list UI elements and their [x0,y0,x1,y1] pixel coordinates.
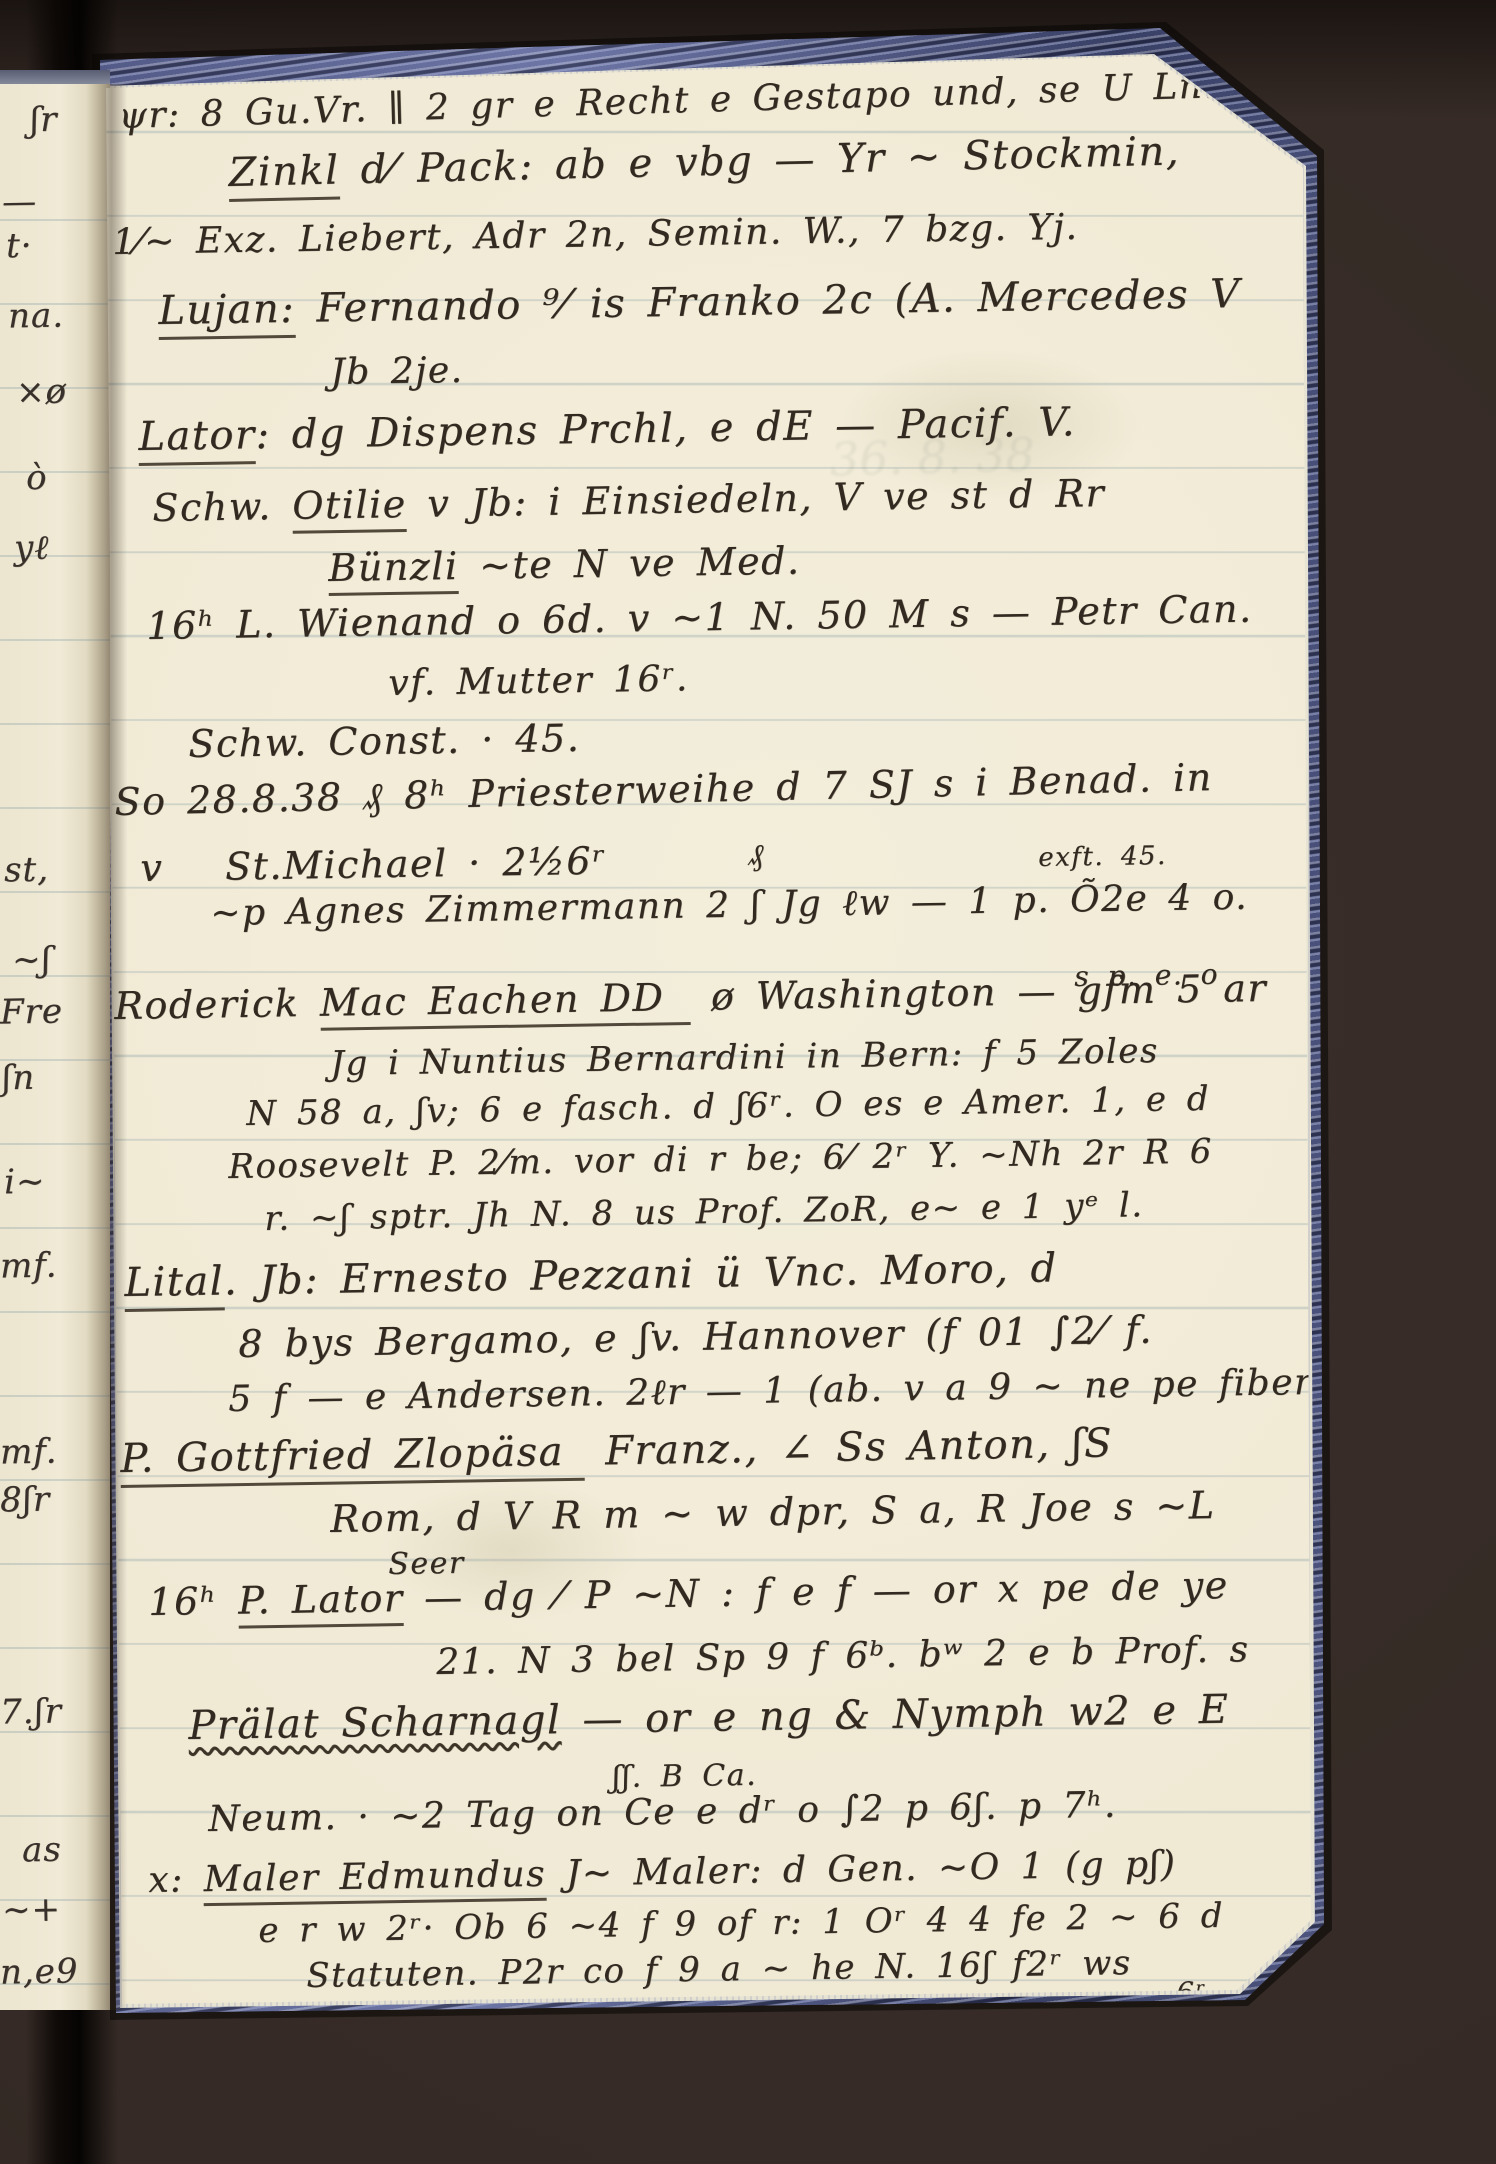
underlined-name: Lital [124,1258,224,1312]
line-text: Franz., ∠ Ss Anton, ʃS [584,1420,1114,1474]
underlined-name: Otilie [292,482,407,534]
line-pre: x: [148,1859,204,1901]
page-fragment: 7.ʃr [0,1691,62,1732]
underlined-name: Mac Eachen DD [319,975,690,1031]
underlined-name: Prälat Scharnagl [188,1697,562,1749]
page-fragment: ∼ʃ [12,940,52,981]
underlined-name: P. Gottfried Zlopäsa [120,1429,584,1488]
page-fragment: as [22,1830,62,1871]
page-fragment: yℓ [14,528,50,569]
underlined-name: Bünzli [328,544,459,596]
line-text: ø Washington — gfm 5 ar [690,966,1267,1019]
page-fragment: ʃn [2,1058,36,1099]
handwriting-line: Bünzli ~te N ve Med. [328,539,801,590]
underlined-name: Lator [138,412,256,466]
line-text: ʃʃ. B Ca. [612,1758,757,1795]
line-text: Jb 2je. [330,350,464,393]
page-fragment: ×ø [16,372,68,413]
notebook-photo: ʃr — t· na. ×ø ò yℓ st, ∼ʃ Fre ʃn i∼ mf.… [0,0,1496,2164]
handwriting-line: v St.Michael · 2½6ʳ [140,839,607,890]
page-fragment: — [2,182,38,223]
page-fragment: mf. [0,1246,58,1287]
handwriting-line: Jb 2je. [330,350,464,393]
line-pre: Roderick [114,981,320,1028]
page-fragment: t· [6,226,33,266]
page-fragment: ʃr [30,100,58,140]
handwriting-line: Schw. Const. · 45. [188,716,581,766]
facing-page-sliver: ʃr — t· na. ×ø ò yℓ st, ∼ʃ Fre ʃn i∼ mf.… [0,84,110,2010]
handwriting-line: exft. 45. [1038,841,1167,873]
line-pre: 16ʰ [148,1579,239,1624]
page-fragment: na. [8,296,65,337]
page-fragment: ò [26,458,48,498]
line-text: ~te N ve Med. [458,539,801,588]
page-fragment: Fre [0,991,63,1032]
line-text: Schw. Const. · 45. [188,716,581,766]
line-text: v St.Michael · 2½6ʳ [140,839,607,890]
page-fragment: i∼ [4,1162,46,1203]
line-text: vf. Mutter 16ʳ. [388,658,689,704]
page-fragment: ∼+ [2,1889,62,1930]
underlined-name: Zinkl [228,147,340,202]
line-text: ₰ [748,838,765,873]
page-fragment: n,e9 [0,1951,79,1992]
underlined-name: Lujan: [158,286,296,340]
underlined-name: Maler Edmundus [203,1854,546,1906]
handwriting-line: ₰ [748,838,765,873]
line-pre: Schw. [152,484,293,530]
diary-page-content: 36. 8. 38 ψr: 8 Gu.Vr. ∥ 2 gr e Recht e … [0,0,1496,2164]
underlined-name: P. Lator [238,1576,404,1629]
page-fragment: mf. [0,1432,58,1473]
handwriting-line: vf. Mutter 16ʳ. [388,658,689,704]
page-fragment: st, [4,850,50,891]
handwriting-line: ʃʃ. B Ca. [612,1758,757,1795]
page-fragment: 8ʃr [0,1480,50,1521]
line-text: exft. 45. [1038,841,1167,873]
